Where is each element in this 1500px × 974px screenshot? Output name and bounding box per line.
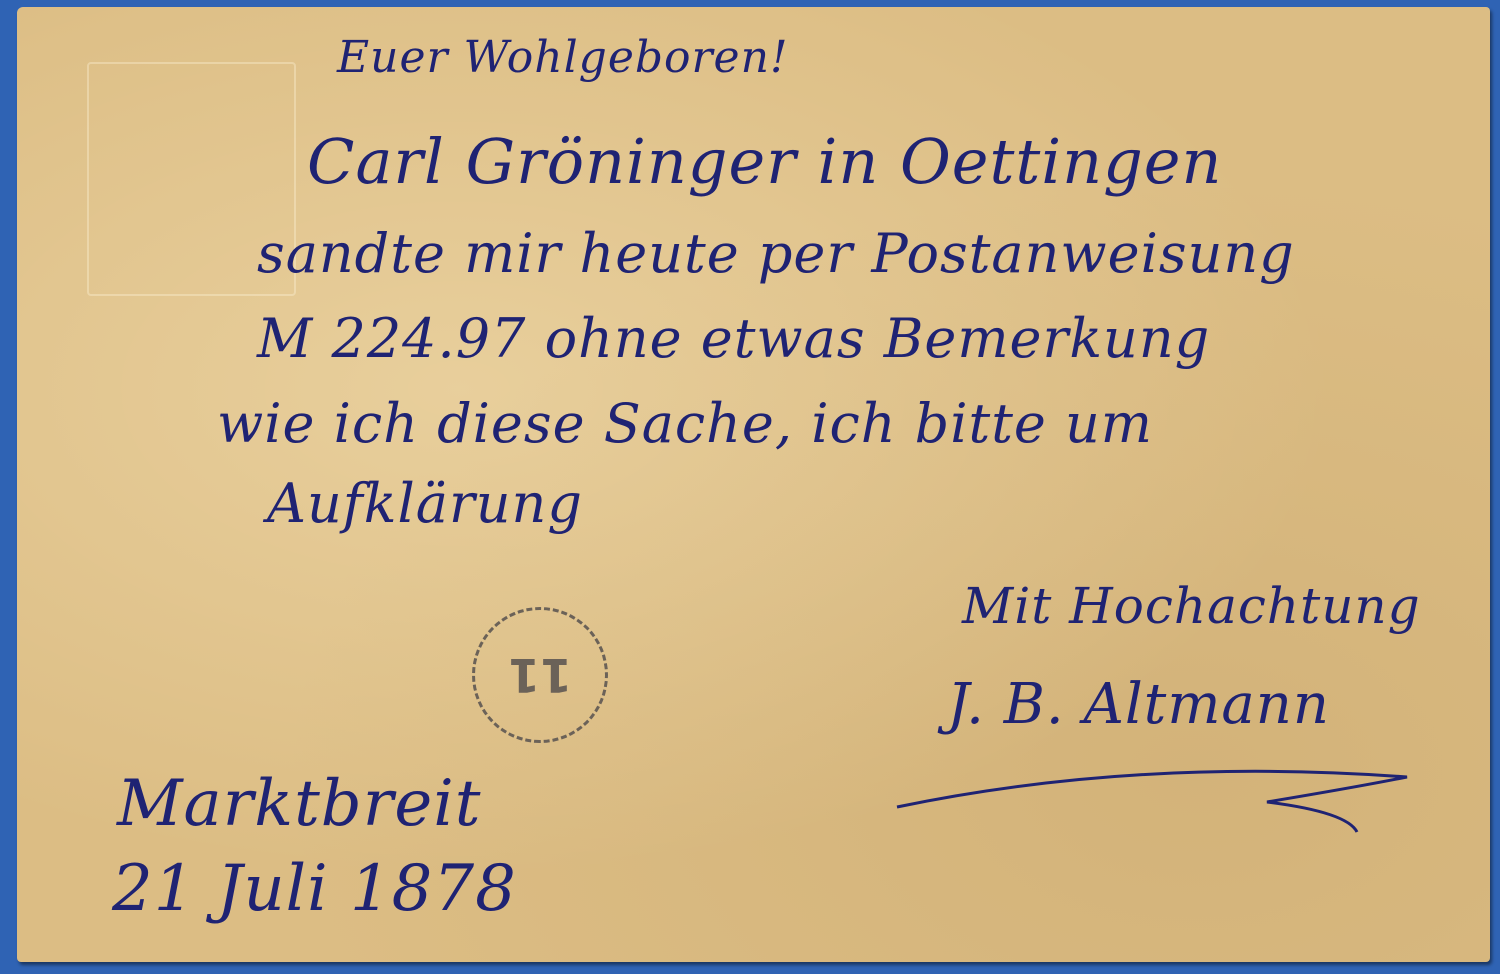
postcard: Euer Wohlgeboren! Carl Gröninger in Oett… (17, 7, 1490, 962)
body-line-3: M 224.97 ohne etwas Bemerkung (257, 307, 1210, 370)
signature: J. B. Altmann (947, 672, 1330, 737)
date: 21 Juli 1878 (112, 852, 517, 926)
body-line-5: Aufklärung (267, 472, 583, 535)
salutation: Euer Wohlgeboren! (337, 32, 789, 83)
body-line-2: sandte mir heute per Postanweisung (257, 222, 1295, 285)
signature-flourish (887, 757, 1447, 837)
body-line-4: wie ich diese Sache, ich bitte um (217, 392, 1153, 455)
closing: Mit Hochachtung (962, 577, 1421, 635)
body-line-1: Carl Gröninger in Oettingen (307, 125, 1222, 198)
place: Marktbreit (117, 767, 481, 841)
postmark: 11 (472, 607, 608, 743)
